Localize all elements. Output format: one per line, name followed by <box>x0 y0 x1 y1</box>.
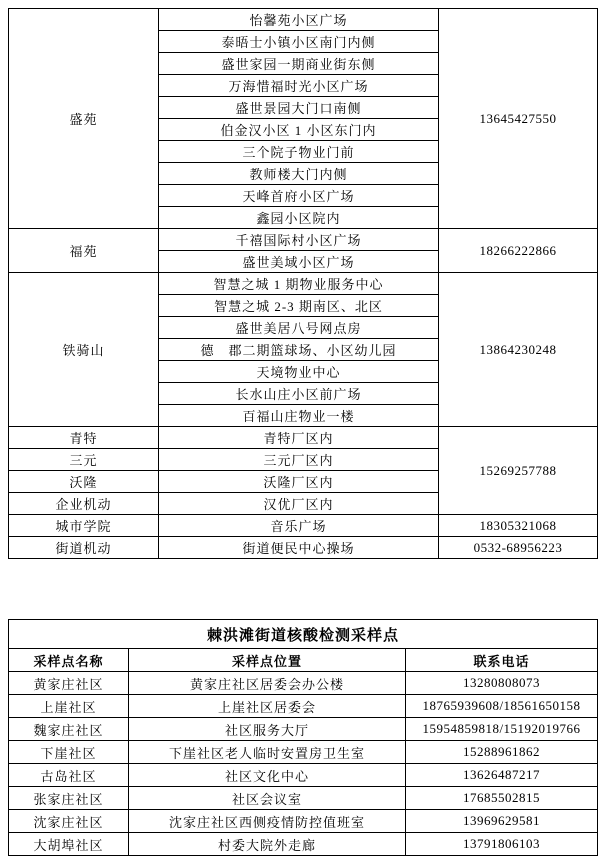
location-cell: 盛世美居八号网点房 <box>159 317 439 339</box>
table-row: 魏家庄社区社区服务大厅15954859818/15192019766 <box>9 718 598 741</box>
phone-cell: 13791806103 <box>406 833 598 856</box>
phone-cell: 15954859818/15192019766 <box>406 718 598 741</box>
phone-cell: 13864230248 <box>439 273 598 427</box>
table-row: 城市学院音乐广场18305321068 <box>9 515 598 537</box>
location-cell: 天峰首府小区广场 <box>159 185 439 207</box>
location-cell: 下崖社区老人临时安置房卫生室 <box>129 741 406 764</box>
site-name-cell: 盛苑 <box>9 9 159 229</box>
site-name-cell: 企业机动 <box>9 493 159 515</box>
location-cell: 盛世家园一期商业街东侧 <box>159 53 439 75</box>
location-cell: 村委大院外走廊 <box>129 833 406 856</box>
location-cell: 智慧之城 2-3 期南区、北区 <box>159 295 439 317</box>
location-cell: 青特厂区内 <box>159 427 439 449</box>
phone-cell: 15269257788 <box>439 427 598 515</box>
site-name-cell: 沈家庄社区 <box>9 810 129 833</box>
location-cell: 社区文化中心 <box>129 764 406 787</box>
location-cell: 怡馨苑小区广场 <box>159 9 439 31</box>
table-row: 黄家庄社区黄家庄社区居委会办公楼13280808073 <box>9 672 598 695</box>
table-row: 下崖社区下崖社区老人临时安置房卫生室15288961862 <box>9 741 598 764</box>
phone-cell: 0532-68956223 <box>439 537 598 559</box>
site-name-cell: 上崖社区 <box>9 695 129 718</box>
site-name-cell: 大胡埠社区 <box>9 833 129 856</box>
location-cell: 音乐广场 <box>159 515 439 537</box>
location-cell: 汉优厂区内 <box>159 493 439 515</box>
site-name-cell: 福苑 <box>9 229 159 273</box>
column-header-site-name: 采样点名称 <box>9 649 129 672</box>
phone-cell: 18266222866 <box>439 229 598 273</box>
location-cell: 街道便民中心操场 <box>159 537 439 559</box>
table-row: 大胡埠社区村委大院外走廊13791806103 <box>9 833 598 856</box>
table-row: 盛苑怡馨苑小区广场13645427550 <box>9 9 598 31</box>
site-name-cell: 魏家庄社区 <box>9 718 129 741</box>
location-cell: 万海惜福时光小区广场 <box>159 75 439 97</box>
location-cell: 智慧之城 1 期物业服务中心 <box>159 273 439 295</box>
location-cell: 天境物业中心 <box>159 361 439 383</box>
table-title: 棘洪滩街道核酸检测采样点 <box>9 620 598 649</box>
location-cell: 伯金汉小区 1 小区东门内 <box>159 119 439 141</box>
location-cell: 沈家庄社区西侧疫情防控值班室 <box>129 810 406 833</box>
table-title-row: 棘洪滩街道核酸检测采样点 <box>9 620 598 649</box>
column-header-contact-phone: 联系电话 <box>406 649 598 672</box>
site-name-cell: 下崖社区 <box>9 741 129 764</box>
location-cell: 三个院子物业门前 <box>159 141 439 163</box>
table-row: 古岛社区社区文化中心13626487217 <box>9 764 598 787</box>
document-page: 盛苑怡馨苑小区广场13645427550泰晤士小镇小区南门内侧盛世家园一期商业街… <box>0 0 607 859</box>
jihongtan-sampling-points-table: 棘洪滩街道核酸检测采样点 采样点名称 采样点位置 联系电话 黄家庄社区黄家庄社区… <box>8 619 598 856</box>
site-name-cell: 铁骑山 <box>9 273 159 427</box>
table-row: 青特青特厂区内15269257788 <box>9 427 598 449</box>
site-name-cell: 沃隆 <box>9 471 159 493</box>
table-row: 张家庄社区社区会议室17685502815 <box>9 787 598 810</box>
location-cell: 社区会议室 <box>129 787 406 810</box>
location-cell: 社区服务大厅 <box>129 718 406 741</box>
phone-cell: 15288961862 <box>406 741 598 764</box>
location-cell: 德 郡二期篮球场、小区幼儿园 <box>159 339 439 361</box>
location-cell: 盛世景园大门口南侧 <box>159 97 439 119</box>
location-cell: 三元厂区内 <box>159 449 439 471</box>
phone-cell: 13626487217 <box>406 764 598 787</box>
table-header-row: 采样点名称 采样点位置 联系电话 <box>9 649 598 672</box>
column-header-site-location: 采样点位置 <box>129 649 406 672</box>
location-cell: 千禧国际村小区广场 <box>159 229 439 251</box>
table-row: 街道机动街道便民中心操场0532-68956223 <box>9 537 598 559</box>
site-name-cell: 黄家庄社区 <box>9 672 129 695</box>
phone-cell: 13280808073 <box>406 672 598 695</box>
table-row: 上崖社区上崖社区居委会18765939608/18561650158 <box>9 695 598 718</box>
location-cell: 黄家庄社区居委会办公楼 <box>129 672 406 695</box>
location-cell: 鑫园小区院内 <box>159 207 439 229</box>
location-cell: 沃隆厂区内 <box>159 471 439 493</box>
table-row: 福苑千禧国际村小区广场18266222866 <box>9 229 598 251</box>
location-cell: 百福山庄物业一楼 <box>159 405 439 427</box>
site-name-cell: 城市学院 <box>9 515 159 537</box>
site-name-cell: 三元 <box>9 449 159 471</box>
table-gap <box>8 559 607 619</box>
site-name-cell: 青特 <box>9 427 159 449</box>
site-name-cell: 街道机动 <box>9 537 159 559</box>
location-cell: 长水山庄小区前广场 <box>159 383 439 405</box>
location-cell: 盛世美域小区广场 <box>159 251 439 273</box>
phone-cell: 18765939608/18561650158 <box>406 695 598 718</box>
phone-cell: 13645427550 <box>439 9 598 229</box>
phone-cell: 17685502815 <box>406 787 598 810</box>
location-cell: 泰晤士小镇小区南门内侧 <box>159 31 439 53</box>
sampling-points-table-continued: 盛苑怡馨苑小区广场13645427550泰晤士小镇小区南门内侧盛世家园一期商业街… <box>8 8 598 559</box>
location-cell: 上崖社区居委会 <box>129 695 406 718</box>
site-name-cell: 古岛社区 <box>9 764 129 787</box>
phone-cell: 18305321068 <box>439 515 598 537</box>
location-cell: 教师楼大门内侧 <box>159 163 439 185</box>
phone-cell: 13969629581 <box>406 810 598 833</box>
table-row: 铁骑山智慧之城 1 期物业服务中心13864230248 <box>9 273 598 295</box>
table-row: 沈家庄社区沈家庄社区西侧疫情防控值班室13969629581 <box>9 810 598 833</box>
site-name-cell: 张家庄社区 <box>9 787 129 810</box>
